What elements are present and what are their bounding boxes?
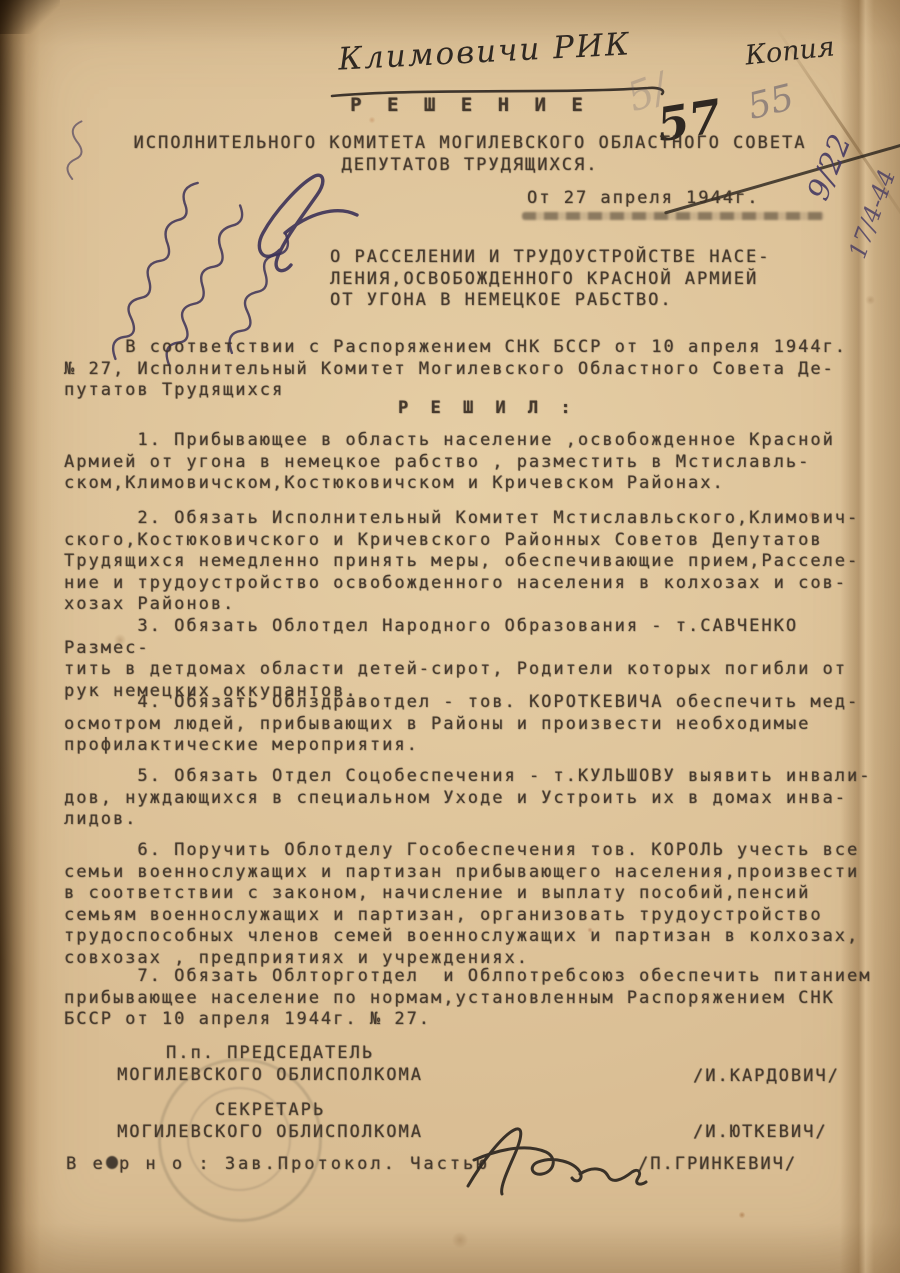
scanned-document-page: Климовичи РИК 57 Копия 55 5/ 9/22 17/4-4… <box>0 0 900 1273</box>
resolved-label: Р Е Ш И Л : <box>398 398 577 420</box>
handwritten-region-note: Климовичи РИК <box>337 26 632 77</box>
document-subject: О РАССЕЛЕНИИ И ТРУДОУСТРОЙСТВЕ НАСЕ- ЛЕН… <box>330 247 770 312</box>
handwritten-signature <box>462 1122 652 1202</box>
resolution-item-6: 6. Поручить Облотделу Гособеспечения тов… <box>64 840 880 970</box>
resolution-item-1: 1. Прибывающее в область население ,осво… <box>64 430 880 495</box>
torn-corner <box>0 0 60 34</box>
resolution-item-2: 2. Обязать Исполнительный Комитет Мстисл… <box>64 508 880 616</box>
signature-name-clerk: /П.ГРИНКЕВИЧ/ <box>638 1154 797 1176</box>
issuing-organization: ИСПОЛНИТЕЛЬНОГО КОМИТЕТА МОГИЛЕВСКОГО ОБ… <box>64 133 876 176</box>
ink-smudge-line <box>522 212 824 220</box>
intro-paragraph: В соответствии с Распоряжением СНК БССР … <box>64 337 880 402</box>
document-title: Р Е Ш Е Н И Е <box>64 95 876 117</box>
resolution-item-5: 5. Обязать Отдел Соцобеспечения - т.КУЛЬ… <box>64 766 880 831</box>
signature-name-secretary: /И.ЮТКЕВИЧ/ <box>693 1122 828 1144</box>
resolution-item-4: 4. Обязать Облздравотдел - тов. КОРОТКЕВ… <box>64 692 880 757</box>
round-stamp <box>158 1058 322 1222</box>
document-date: От 27 апреля 1944г. <box>527 188 759 210</box>
resolution-item-7: 7. Обязать Облторготдел и Облпотребсоюз … <box>64 966 880 1031</box>
handwritten-copy-label: Копия <box>744 31 837 71</box>
resolution-item-3: 3. Обязать Облотдел Народного Образовани… <box>64 616 880 702</box>
ink-blob <box>106 1156 118 1169</box>
signature-name-chairman: /И.КАРДОВИЧ/ <box>693 1066 840 1088</box>
